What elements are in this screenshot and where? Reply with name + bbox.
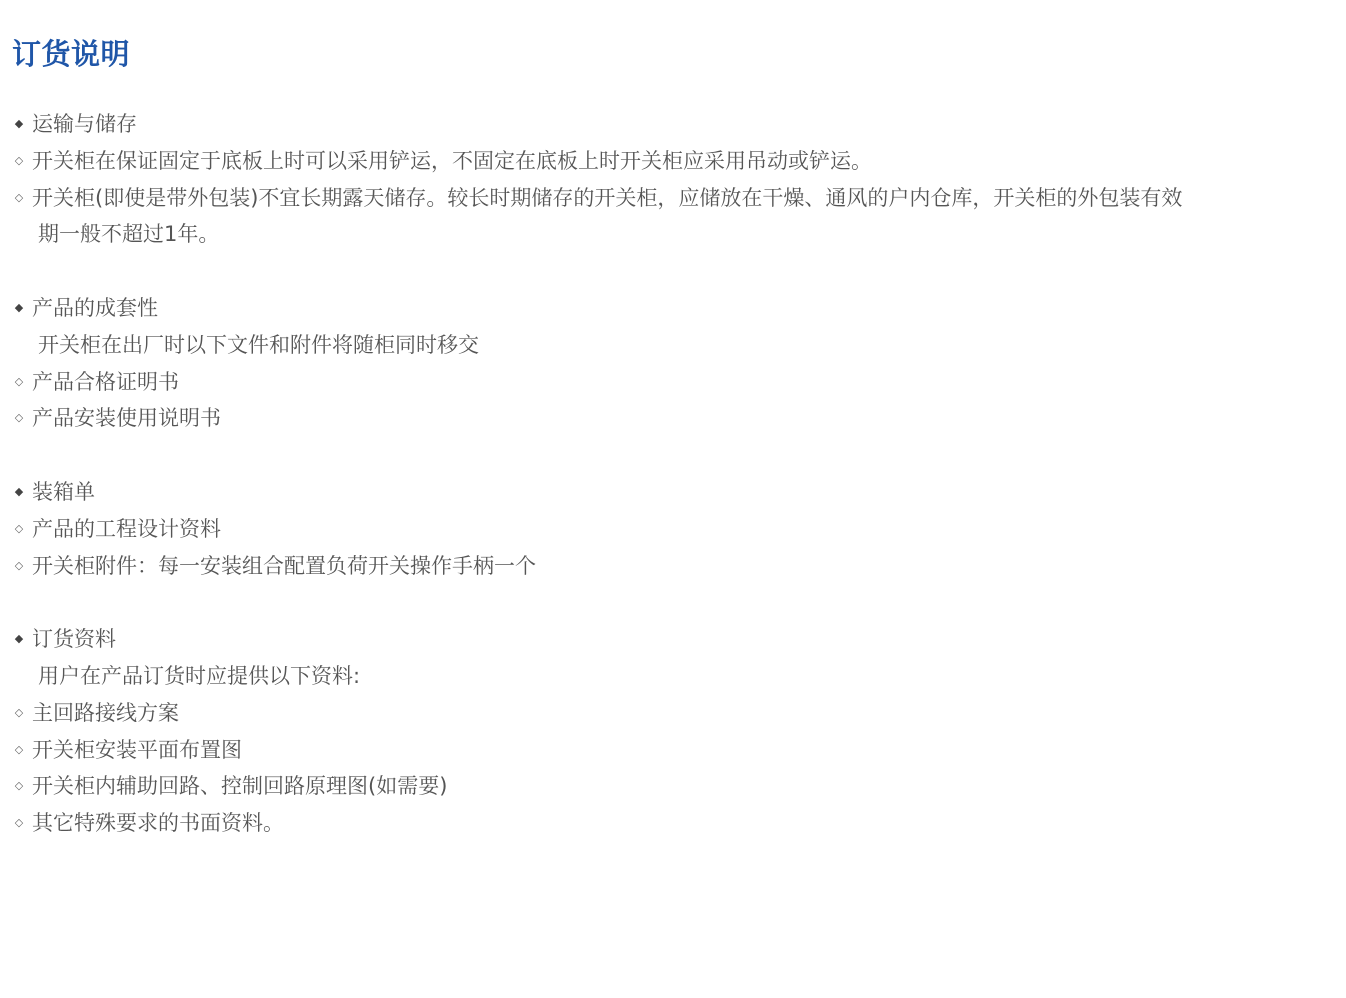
list-item-text-continuation: 期一般不超过1年。 — [32, 216, 1342, 253]
list-item-text: 其它特殊要求的书面资料。 — [32, 805, 1342, 842]
hollow-diamond-bullet-icon: ◇ — [12, 143, 26, 180]
filled-diamond-bullet-icon: ◆ — [12, 106, 26, 143]
list-item-text: 开关柜附件：每一安装组合配置负荷开关操作手柄一个 — [32, 548, 1342, 585]
hollow-diamond-bullet-icon: ◇ — [12, 548, 26, 585]
list-item: ◇ 产品合格证明书 — [12, 364, 1342, 401]
list-item: ◇ 开关柜附件：每一安装组合配置负荷开关操作手柄一个 — [12, 548, 1342, 585]
list-item-text: 主回路接线方案 — [32, 695, 1342, 732]
list-item-text: 产品安装使用说明书 — [32, 400, 1342, 437]
hollow-diamond-bullet-icon: ◇ — [12, 364, 26, 401]
list-item-text: 开关柜(即使是带外包装)不宜长期露天储存。较长时期储存的开关柜，应储放在干燥、通… — [32, 180, 1342, 217]
list-item-text: 开关柜安装平面布置图 — [32, 732, 1342, 769]
section-heading: ◆ 订货资料 — [12, 621, 1342, 658]
list-item: ◇ 开关柜在保证固定于底板上时可以采用铲运，不固定在底板上时开关柜应采用吊动或铲… — [12, 143, 1342, 180]
section-heading: ◆ 产品的成套性 — [12, 290, 1342, 327]
page-title: 订货说明 — [12, 34, 130, 74]
section-product-completeness: ◆ 产品的成套性 开关柜在出厂时以下文件和附件将随柜同时移交 ◇ 产品合格证明书… — [12, 290, 1342, 437]
list-item-text: 产品合格证明书 — [32, 364, 1342, 401]
section-note-text: 开关柜在出厂时以下文件和附件将随柜同时移交 — [32, 327, 1342, 364]
list-item: ◇ 主回路接线方案 — [12, 695, 1342, 732]
filled-diamond-bullet-icon: ◆ — [12, 290, 26, 327]
list-item: ◇ 开关柜内辅助回路、控制回路原理图(如需要) — [12, 768, 1342, 805]
list-item-text: 开关柜在保证固定于底板上时可以采用铲运，不固定在底板上时开关柜应采用吊动或铲运。 — [32, 143, 1342, 180]
section-heading: ◆ 运输与储存 — [12, 106, 1342, 143]
list-item: ◇ 其它特殊要求的书面资料。 — [12, 805, 1342, 842]
section-heading-text: 运输与储存 — [32, 106, 1342, 143]
section-heading-text: 装箱单 — [32, 474, 1342, 511]
section-note-text: 用户在产品订货时应提供以下资料: — [32, 658, 1342, 695]
list-item-text: 产品的工程设计资料 — [32, 511, 1342, 548]
hollow-diamond-bullet-icon: ◇ — [12, 768, 26, 805]
filled-diamond-bullet-icon: ◆ — [12, 621, 26, 658]
hollow-diamond-bullet-icon: ◇ — [12, 511, 26, 548]
hollow-diamond-bullet-icon: ◇ — [12, 732, 26, 769]
section-transport-storage: ◆ 运输与储存 ◇ 开关柜在保证固定于底板上时可以采用铲运，不固定在底板上时开关… — [12, 106, 1342, 253]
section-packing-list: ◆ 装箱单 ◇ 产品的工程设计资料 ◇ 开关柜附件：每一安装组合配置负荷开关操作… — [12, 474, 1342, 584]
hollow-diamond-bullet-icon: ◇ — [12, 180, 26, 217]
section-note: 开关柜在出厂时以下文件和附件将随柜同时移交 — [12, 327, 1342, 364]
list-item: ◇ 开关柜(即使是带外包装)不宜长期露天储存。较长时期储存的开关柜，应储放在干燥… — [12, 180, 1342, 254]
ordering-notes-content: ◆ 运输与储存 ◇ 开关柜在保证固定于底板上时可以采用铲运，不固定在底板上时开关… — [12, 106, 1342, 879]
list-item-text: 开关柜内辅助回路、控制回路原理图(如需要) — [32, 768, 1342, 805]
section-heading-text: 产品的成套性 — [32, 290, 1342, 327]
list-item: ◇ 产品安装使用说明书 — [12, 400, 1342, 437]
hollow-diamond-bullet-icon: ◇ — [12, 695, 26, 732]
section-ordering-materials: ◆ 订货资料 用户在产品订货时应提供以下资料: ◇ 主回路接线方案 ◇ 开关柜安… — [12, 621, 1342, 842]
list-item: ◇ 产品的工程设计资料 — [12, 511, 1342, 548]
hollow-diamond-bullet-icon: ◇ — [12, 400, 26, 437]
filled-diamond-bullet-icon: ◆ — [12, 474, 26, 511]
hollow-diamond-bullet-icon: ◇ — [12, 805, 26, 842]
section-heading-text: 订货资料 — [32, 621, 1342, 658]
section-heading: ◆ 装箱单 — [12, 474, 1342, 511]
section-note: 用户在产品订货时应提供以下资料: — [12, 658, 1342, 695]
list-item: ◇ 开关柜安装平面布置图 — [12, 732, 1342, 769]
